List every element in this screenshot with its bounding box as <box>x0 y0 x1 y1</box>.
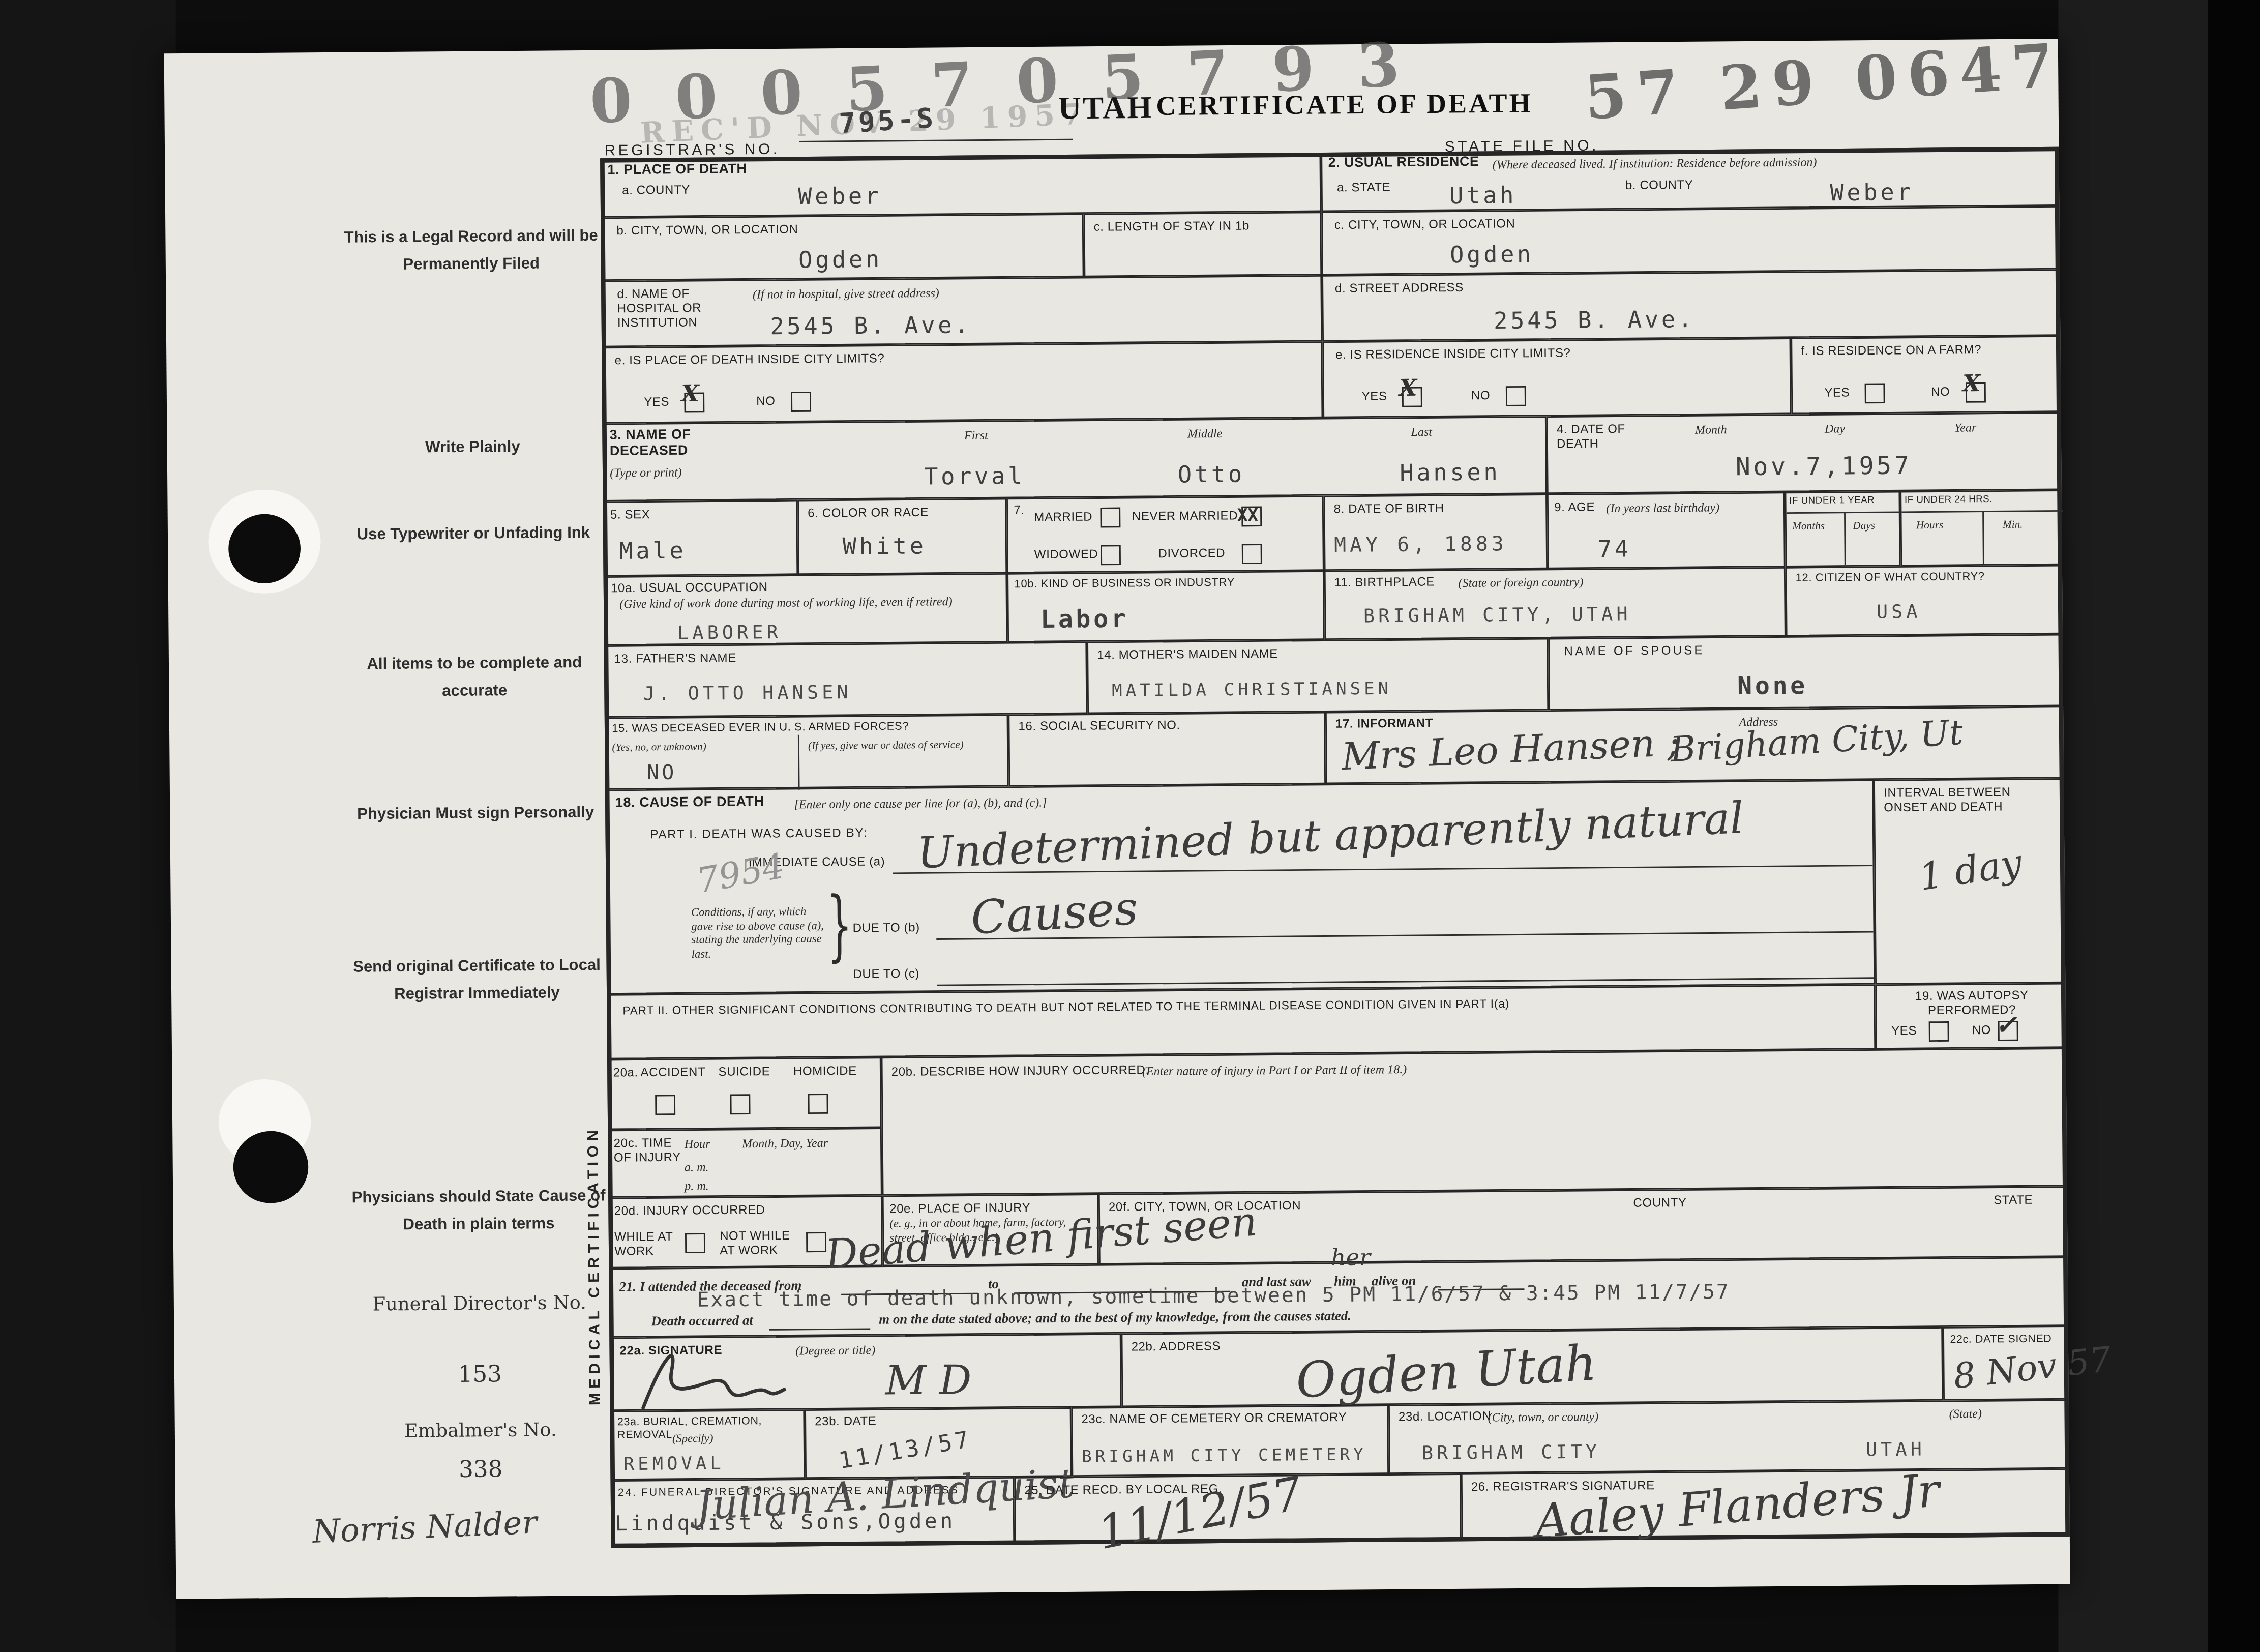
margin-note-plain-terms: Physicians should State Cause of Death i… <box>335 1183 623 1239</box>
field-4-month-label: Month <box>1695 422 1727 437</box>
field-spouse-value: None <box>1737 672 1808 701</box>
field-20c-hour-label: Hour <box>685 1136 710 1151</box>
field-10a-occupation: 10a. USUAL OCCUPATION (Give kind of work… <box>604 573 1008 645</box>
field-23d-state-value: UTAH <box>1866 1439 1925 1461</box>
field-10b-value: Labor <box>1040 605 1129 635</box>
field-7-divorced-checkbox <box>1242 544 1262 564</box>
field-3-first-label: First <box>964 428 988 442</box>
field-12-citizen: 12. CITIZEN OF WHAT COUNTRY? USA <box>1786 565 2063 636</box>
field-2f-label: f. IS RESIDENCE ON A FARM? <box>1801 343 2055 359</box>
field-1c-label: c. LENGTH OF STAY IN 1b <box>1093 220 1249 235</box>
physician-signature-scrawl <box>634 1348 880 1411</box>
page-title: CERTIFICATE OF DEATH <box>1156 89 1533 124</box>
field-1a-label: a. COUNTY <box>622 184 690 198</box>
field-12-value: USA <box>1877 602 1921 624</box>
field-2e-yes-mark: X <box>1399 374 1417 401</box>
field-5-sex: 5. SEX Male <box>603 500 798 576</box>
field-10b-label: 10b. KIND OF BUSINESS OR INDUSTRY <box>1014 577 1235 592</box>
field-20d-notwhile-label: NOT WHILE AT WORK <box>720 1229 795 1258</box>
field-11-label: 11. BIRTHPLACE <box>1334 576 1435 591</box>
field-9-age: 9. AGE (In years last birthday) 74 <box>1547 492 1786 569</box>
field-18-interval-value: 1 day <box>1916 842 2025 900</box>
field-20e-label: 20e. PLACE OF INJURY <box>889 1201 1031 1217</box>
field-19-label: 19. WAS AUTOPSY PERFORMED? <box>1891 989 2053 1018</box>
field-2f-no-checkbox: X <box>1966 382 1986 403</box>
field-20b-label: 20b. DESCRIBE HOW INJURY OCCURRED. <box>891 1064 1149 1080</box>
embalmer-no-label: Embalmer's No. <box>350 1417 610 1447</box>
field-5-value: Male <box>619 537 686 565</box>
field-18-part1-label: PART I. DEATH WAS CAUSED BY: <box>650 827 868 842</box>
field-4-label: 4. DATE OF DEATH <box>1557 423 1626 451</box>
field-21-her-script: her <box>1331 1244 1371 1271</box>
field-2e-yes-label: YES <box>1361 390 1387 404</box>
field-1d-hospital: d. NAME OF HOSPITAL OR INSTITUTION (If n… <box>601 275 1322 347</box>
field-1b-value: Ogden <box>798 246 882 274</box>
field-7-never-checkbox: XX <box>1241 506 1262 526</box>
field-19-no-label: NO <box>1972 1024 1991 1038</box>
field-2c-city: c. CITY, TOWN, OR LOCATION Ogden <box>1321 206 2060 275</box>
field-18-label: 18. CAUSE OF DEATH <box>615 795 764 812</box>
field-1b-city: b. CITY, TOWN, OR LOCATION Ogden <box>601 214 1084 281</box>
field-21-line2a: Death occurred at <box>651 1315 753 1332</box>
field-2f-yes-label: YES <box>1824 387 1850 401</box>
field-20d-while-label: WHILE AT WORK <box>614 1230 681 1259</box>
field-7-divorced-label: DIVORCED <box>1158 547 1225 562</box>
field-7-married-checkbox <box>1100 508 1120 528</box>
field-2f-farm: f. IS RESIDENCE ON A FARM? YES NO X <box>1791 336 2061 414</box>
field-11-value: BRIGHAM CITY, UTAH <box>1363 604 1631 628</box>
field-18-brace: } <box>826 880 853 971</box>
field-25-date-received: 25. DATE RECD. BY LOCAL REG. 11/12/57 <box>1014 1473 1462 1545</box>
field-23d-label: 23d. LOCATION <box>1399 1410 1492 1425</box>
field-22a-signature: 22a. SIGNATURE (Degree or title) M D <box>609 1334 1121 1411</box>
field-2a-value: Utah <box>1449 182 1516 210</box>
funeral-director-no-value: 153 <box>350 1356 610 1393</box>
field-9-under-1-year: IF UNDER 1 YEAR Months Days <box>1785 491 1901 567</box>
field-10a-note: (Give kind of work done during most of w… <box>619 594 991 611</box>
field-1a-value: Weber <box>798 182 882 210</box>
margin-note-legal-record: This is a Legal Record and will be Perma… <box>341 223 601 279</box>
field-20b-note: (Enter nature of injury in Part I or Par… <box>1142 1061 1407 1078</box>
field-7-marital-status: 7. MARRIED NEVER MARRIED XX WIDOWED DIVO… <box>1006 496 1324 573</box>
field-18-pencil-number: 7954 <box>694 846 788 901</box>
field-10a-value: LABORER <box>677 623 782 645</box>
field-8-label: 8. DATE OF BIRTH <box>1334 502 1444 517</box>
field-26-value: Aaley Flanders Jr <box>1533 1463 1942 1549</box>
field-2e-city-limits: e. IS RESIDENCE INSIDE CITY LIMITS? YES … <box>1322 338 1791 418</box>
field-22c-date-signed: 22c. DATE SIGNED 8 Nov 57 <box>1943 1326 2069 1400</box>
field-spouse-label: NAME OF SPOUSE <box>1564 644 1705 659</box>
field-23d-value: BRIGHAM CITY <box>1422 1442 1601 1465</box>
embalmer-signature: Norris Nalder <box>312 1506 538 1551</box>
field-6-label: 6. COLOR OR RACE <box>808 506 929 521</box>
field-22b-address: 22b. ADDRESS Ogden Utah <box>1121 1327 1944 1407</box>
field-2b-value: Weber <box>1830 178 1914 206</box>
field-2-usual-residence: 2. USUAL RESIDENCE (Where deceased lived… <box>1321 147 2059 212</box>
divider <box>798 735 800 790</box>
field-1e-yes-label: YES <box>644 396 669 410</box>
field-20f-county-label: COUNTY <box>1633 1196 1686 1211</box>
field-9-u1-label: IF UNDER 1 YEAR <box>1789 496 1875 508</box>
field-1-title: 1. PLACE OF DEATH <box>607 163 747 180</box>
field-23a-disposition: 23a. BURIAL, CREMATION, REMOVAL (Specify… <box>610 1409 806 1480</box>
field-8-date-of-birth: 8. DATE OF BIRTH MAY 6, 1883 <box>1324 494 1548 571</box>
title-state: UTAH <box>1058 89 1153 127</box>
field-13-value: J. OTTO HANSEN <box>643 683 852 706</box>
field-19-no-mark: ✓ <box>1995 1011 2017 1041</box>
field-18c-line <box>937 977 1874 986</box>
field-18b-value: Causes <box>969 880 1140 945</box>
field-20a-num: 20a. <box>613 1066 638 1080</box>
field-14-value: MATILDA CHRISTIANSEN <box>1112 678 1392 701</box>
field-4-day-label: Day <box>1825 421 1845 436</box>
field-15-value: NO <box>647 762 677 785</box>
margin-note-write-plainly: Write Plainly <box>343 434 603 463</box>
field-6-value: White <box>842 532 926 560</box>
field-1e-label: e. IS PLACE OF DEATH INSIDE CITY LIMITS? <box>615 352 885 368</box>
field-15-note1: (Yes, no, or unknown) <box>612 739 782 753</box>
field-20a-accident-checkbox <box>655 1095 675 1115</box>
field-21-blank4 <box>769 1328 870 1330</box>
field-3-last-label: Last <box>1411 424 1432 439</box>
field-2f-yes-checkbox <box>1865 383 1885 403</box>
field-16-ssn: 16. SOCIAL SECURITY NO. <box>1008 712 1326 787</box>
field-20c-time-of-injury: 20c. TIME OF INJURY Hour a. m. p. m. Mon… <box>608 1128 882 1197</box>
field-2b-label: b. COUNTY <box>1625 179 1693 193</box>
field-15-note2: (If yes, give war or dates of service) <box>808 737 998 752</box>
field-20a-suicide-label: SUICIDE <box>718 1065 770 1079</box>
field-22b-label: 22b. ADDRESS <box>1131 1340 1221 1354</box>
field-23a-value: REMOVAL <box>623 1452 725 1474</box>
field-2d-street: d. STREET ADDRESS 2545 B. Ave. <box>1322 270 2060 342</box>
field-3-middle-value: Otto <box>1178 460 1245 488</box>
field-8-value: MAY 6, 1883 <box>1334 533 1507 557</box>
field-2e-label: e. IS RESIDENCE INSIDE CITY LIMITS? <box>1335 347 1571 363</box>
field-3-first-value: Torval <box>924 462 1025 490</box>
field-20b-describe-injury: 20b. DESCRIBE HOW INJURY OCCURRED. (Ente… <box>881 1048 2067 1195</box>
field-9-under-24-hrs: IF UNDER 24 HRS. Hours Min. <box>1900 490 2062 566</box>
field-spouse: NAME OF SPOUSE None <box>1548 634 2063 711</box>
margin-note-send-original: Send original Certificate to Local Regis… <box>347 953 607 1009</box>
field-20c-mdy-label: Month, Day, Year <box>742 1135 828 1150</box>
field-21-line2b: m on the date stated above; and to the b… <box>879 1310 1351 1331</box>
field-9-min-label: Min. <box>2003 518 2023 531</box>
state-file-no-stamp: 57 29 0647 <box>1582 30 2066 134</box>
field-20a-homicide-label: HOMICIDE <box>793 1065 857 1079</box>
margin-note-physician-sign: Physician Must sign Personally <box>346 800 606 829</box>
field-4-value: Nov.7,1957 <box>1736 452 1912 482</box>
field-3-title: 3. NAME OF DECEASED <box>610 428 725 461</box>
field-19-no-checkbox: ✓ <box>1998 1021 2018 1041</box>
field-20d-while-checkbox <box>685 1233 705 1253</box>
field-1d-value: 2545 B. Ave. <box>770 311 971 340</box>
field-16-label: 16. SOCIAL SECURITY NO. <box>1018 719 1180 734</box>
field-23c-label: 23c. NAME OF CEMETERY OR CREMATORY <box>1081 1411 1347 1427</box>
field-7-num: 7. <box>1014 504 1024 518</box>
field-part2: PART II. OTHER SIGNIFICANT CONDITIONS CO… <box>607 984 1876 1059</box>
field-2e-no-checkbox <box>1506 386 1526 406</box>
field-7-married-label: MARRIED <box>1034 511 1092 525</box>
field-26-registrar-signature: 26. REGISTRAR'S SIGNATURE Aaley Flanders… <box>1461 1469 2070 1542</box>
field-23b-label: 23b. DATE <box>815 1414 876 1429</box>
field-1-place-of-death: 1. PLACE OF DEATH a. COUNTY Weber <box>600 153 1321 217</box>
field-13-father: 13. FATHER'S NAME J. OTTO HANSEN <box>604 642 1088 718</box>
field-22a-degree-value: M D <box>885 1356 972 1405</box>
field-part2-label: PART II. OTHER SIGNIFICANT CONDITIONS CO… <box>622 995 1848 1018</box>
field-2-title: 2. USUAL RESIDENCE <box>1328 156 1479 172</box>
field-12-label: 12. CITIZEN OF WHAT COUNTRY? <box>1796 571 1985 585</box>
field-5-label: 5. SEX <box>610 508 650 522</box>
field-17-address-value: Brigham City, Ut <box>1669 712 1964 770</box>
field-2c-value: Ogden <box>1450 241 1534 269</box>
divider <box>1844 512 1847 565</box>
field-3-middle-label: Middle <box>1187 426 1222 440</box>
film-right-band <box>2058 0 2208 1652</box>
field-20c-pm-label: p. m. <box>685 1178 709 1193</box>
field-13-label: 13. FATHER'S NAME <box>614 652 736 667</box>
field-7-never-label: NEVER MARRIED <box>1132 509 1238 524</box>
field-9-hours-label: Hours <box>1916 518 1943 532</box>
field-6-color-or-race: 6. COLOR OR RACE White <box>797 498 1007 575</box>
field-20c-am-label: a. m. <box>685 1159 709 1174</box>
field-3-name-of-deceased: 3. NAME OF DECEASED (Type or print) Firs… <box>602 416 1547 501</box>
field-18-conditions-note: Conditions, if any, which gave rise to a… <box>691 905 830 961</box>
field-22b-value: Ogden Utah <box>1294 1335 1598 1410</box>
microfilm-frame: This is a Legal Record and will be Perma… <box>0 0 2260 1652</box>
field-20d-label: 20d. INJURY OCCURRED <box>614 1203 765 1219</box>
field-18-bracket: [Enter only one cause per line for (a), … <box>794 795 1047 812</box>
funeral-director-no-label: Funeral Director's No. <box>349 1290 609 1320</box>
field-11-note: (State or foreign country) <box>1458 574 1583 590</box>
field-2f-no-label: NO <box>1931 386 1950 400</box>
field-1e-yes-checkbox: X <box>684 393 704 413</box>
field-21-typed-value: Exact time of death unknown, sometime be… <box>697 1281 1730 1312</box>
field-20a-accident-suicide-homicide: 20a. ACCIDENT SUICIDE HOMICIDE <box>607 1057 882 1130</box>
field-20a-accident-label: ACCIDENT <box>640 1066 705 1080</box>
field-20f-state-label: STATE <box>1994 1194 2033 1208</box>
field-19-autopsy: 19. WAS AUTOPSY PERFORMED? YES NO ✓ <box>1875 983 2066 1049</box>
field-20a-suicide-checkbox <box>730 1094 751 1114</box>
field-19-yes-checkbox <box>1929 1021 1949 1042</box>
field-17-informant: 17. INFORMANT Address Mrs Leo Hansen ; B… <box>1325 706 2064 784</box>
field-9-u24-label: IF UNDER 24 HRS. <box>1905 495 1993 507</box>
field-9-note: (In years last birthday) <box>1606 500 1721 516</box>
margin-note-typewriter: Use Typewriter or Unfading Ink <box>344 520 604 549</box>
field-1e-no-label: NO <box>756 395 776 409</box>
field-11-birthplace: 11. BIRTHPLACE (State or foreign country… <box>1324 567 1786 640</box>
field-24-funeral-director: 24. FUNERAL DIRECTOR'S SIGNATURE AND ADD… <box>611 1477 1015 1548</box>
field-1d-label: d. NAME OF HOSPITAL OR INSTITUTION <box>617 287 741 330</box>
field-2e-no-label: NO <box>1471 389 1491 403</box>
film-left-band <box>0 0 176 1652</box>
divider <box>1982 511 1985 564</box>
field-10b-industry: 10b. KIND OF BUSINESS OR INDUSTRY Labor <box>1007 571 1325 642</box>
field-7-widowed-label: WIDOWED <box>1034 548 1098 563</box>
field-9-value: 74 <box>1598 535 1631 563</box>
field-2a-label: a. STATE <box>1337 181 1391 196</box>
field-1e-no-checkbox <box>791 392 811 412</box>
field-2d-value: 2545 B. Ave. <box>1494 305 1695 334</box>
field-20d-notwhile-checkbox <box>806 1232 826 1252</box>
field-9-label: 9. AGE <box>1554 501 1595 515</box>
field-23a-spec-note: (Specify) <box>672 1432 713 1446</box>
field-9-months-label: Months <box>1792 519 1825 533</box>
death-certificate-page: This is a Legal Record and will be Perma… <box>164 39 2070 1599</box>
field-3-sub: (Type or print) <box>610 465 682 480</box>
field-22c-label: 22c. DATE SIGNED <box>1950 1333 2051 1346</box>
field-9-days-label: Days <box>1853 519 1875 532</box>
field-25-value: 11/12/57 <box>1093 1466 1307 1560</box>
field-1e-yes-mark: X <box>681 379 699 407</box>
field-18-interval-label: INTERVAL BETWEEN ONSET AND DEATH <box>1884 785 2057 815</box>
field-7-never-mark: XX <box>1237 505 1258 525</box>
registrar-no-value: 795-S <box>838 103 937 140</box>
field-4-date-of-death: 4. DATE OF DEATH Month Day Year Nov.7,19… <box>1547 412 2062 494</box>
field-2-note: (Where deceased lived. If institution: R… <box>1493 153 2055 172</box>
field-20a-homicide-checkbox <box>808 1094 828 1114</box>
punch-hole <box>228 514 301 583</box>
field-14-label: 14. MOTHER'S MAIDEN NAME <box>1097 647 1278 663</box>
field-2c-label: c. CITY, TOWN, OR LOCATION <box>1334 217 1515 232</box>
punch-hole <box>233 1131 308 1203</box>
field-4-year-label: Year <box>1954 420 1977 435</box>
field-1d-note: (If not in hospital, give street address… <box>753 285 939 302</box>
field-14-mother: 14. MOTHER'S MAIDEN NAME MATILDA CHRISTI… <box>1087 638 1549 714</box>
field-7-widowed-checkbox <box>1101 545 1121 565</box>
field-1c-length-of-stay: c. LENGTH OF STAY IN 1b <box>1084 212 1322 277</box>
field-3-last-value: Hansen <box>1400 458 1500 486</box>
field-18c-label: DUE TO (c) <box>853 967 919 982</box>
medical-certification-side-label: MEDICAL CERTIFICATION <box>582 829 604 1405</box>
field-15-label: 15. WAS DECEASED EVER IN U. S. ARMED FOR… <box>612 721 909 736</box>
field-18b-label: DUE TO (b) <box>853 921 920 936</box>
field-23d-state-note: (State) <box>1949 1406 1982 1421</box>
field-2d-label: d. STREET ADDRESS <box>1335 281 1464 297</box>
field-19-yes-label: YES <box>1891 1024 1917 1039</box>
field-2e-yes-checkbox: X <box>1402 387 1422 407</box>
field-18-cause-of-death: 18. CAUSE OF DEATH [Enter only one cause… <box>605 780 1875 994</box>
embalmer-no-value: 338 <box>351 1452 611 1488</box>
field-20c-label: 20c. TIME OF INJURY <box>614 1136 683 1165</box>
field-23d-location: 23d. LOCATION (City, town, or county) (S… <box>1388 1400 2069 1474</box>
field-23d-note: (City, town, or county) <box>1488 1409 1599 1425</box>
field-23c-value: BRIGHAM CITY CEMETERY <box>1082 1444 1367 1466</box>
field-17-label: 17. INFORMANT <box>1335 717 1433 731</box>
field-23c-cemetery: 23c. NAME OF CEMETERY OR CREMATORY BRIGH… <box>1071 1405 1389 1477</box>
field-10a-label: 10a. USUAL OCCUPATION <box>611 581 768 596</box>
field-1b-label: b. CITY, TOWN, OR LOCATION <box>616 223 798 239</box>
field-2f-no-mark: X <box>1962 369 1981 397</box>
field-1e-city-limits: e. IS PLACE OF DEATH INSIDE CITY LIMITS?… <box>602 341 1323 423</box>
margin-note-complete: All items to be complete and accurate <box>345 650 605 706</box>
field-18-interval: INTERVAL BETWEEN ONSET AND DEATH 1 day <box>1874 778 2065 984</box>
field-15-armed-forces: 15. WAS DECEASED EVER IN U. S. ARMED FOR… <box>605 715 1009 790</box>
film-right-edge <box>2208 0 2260 1652</box>
